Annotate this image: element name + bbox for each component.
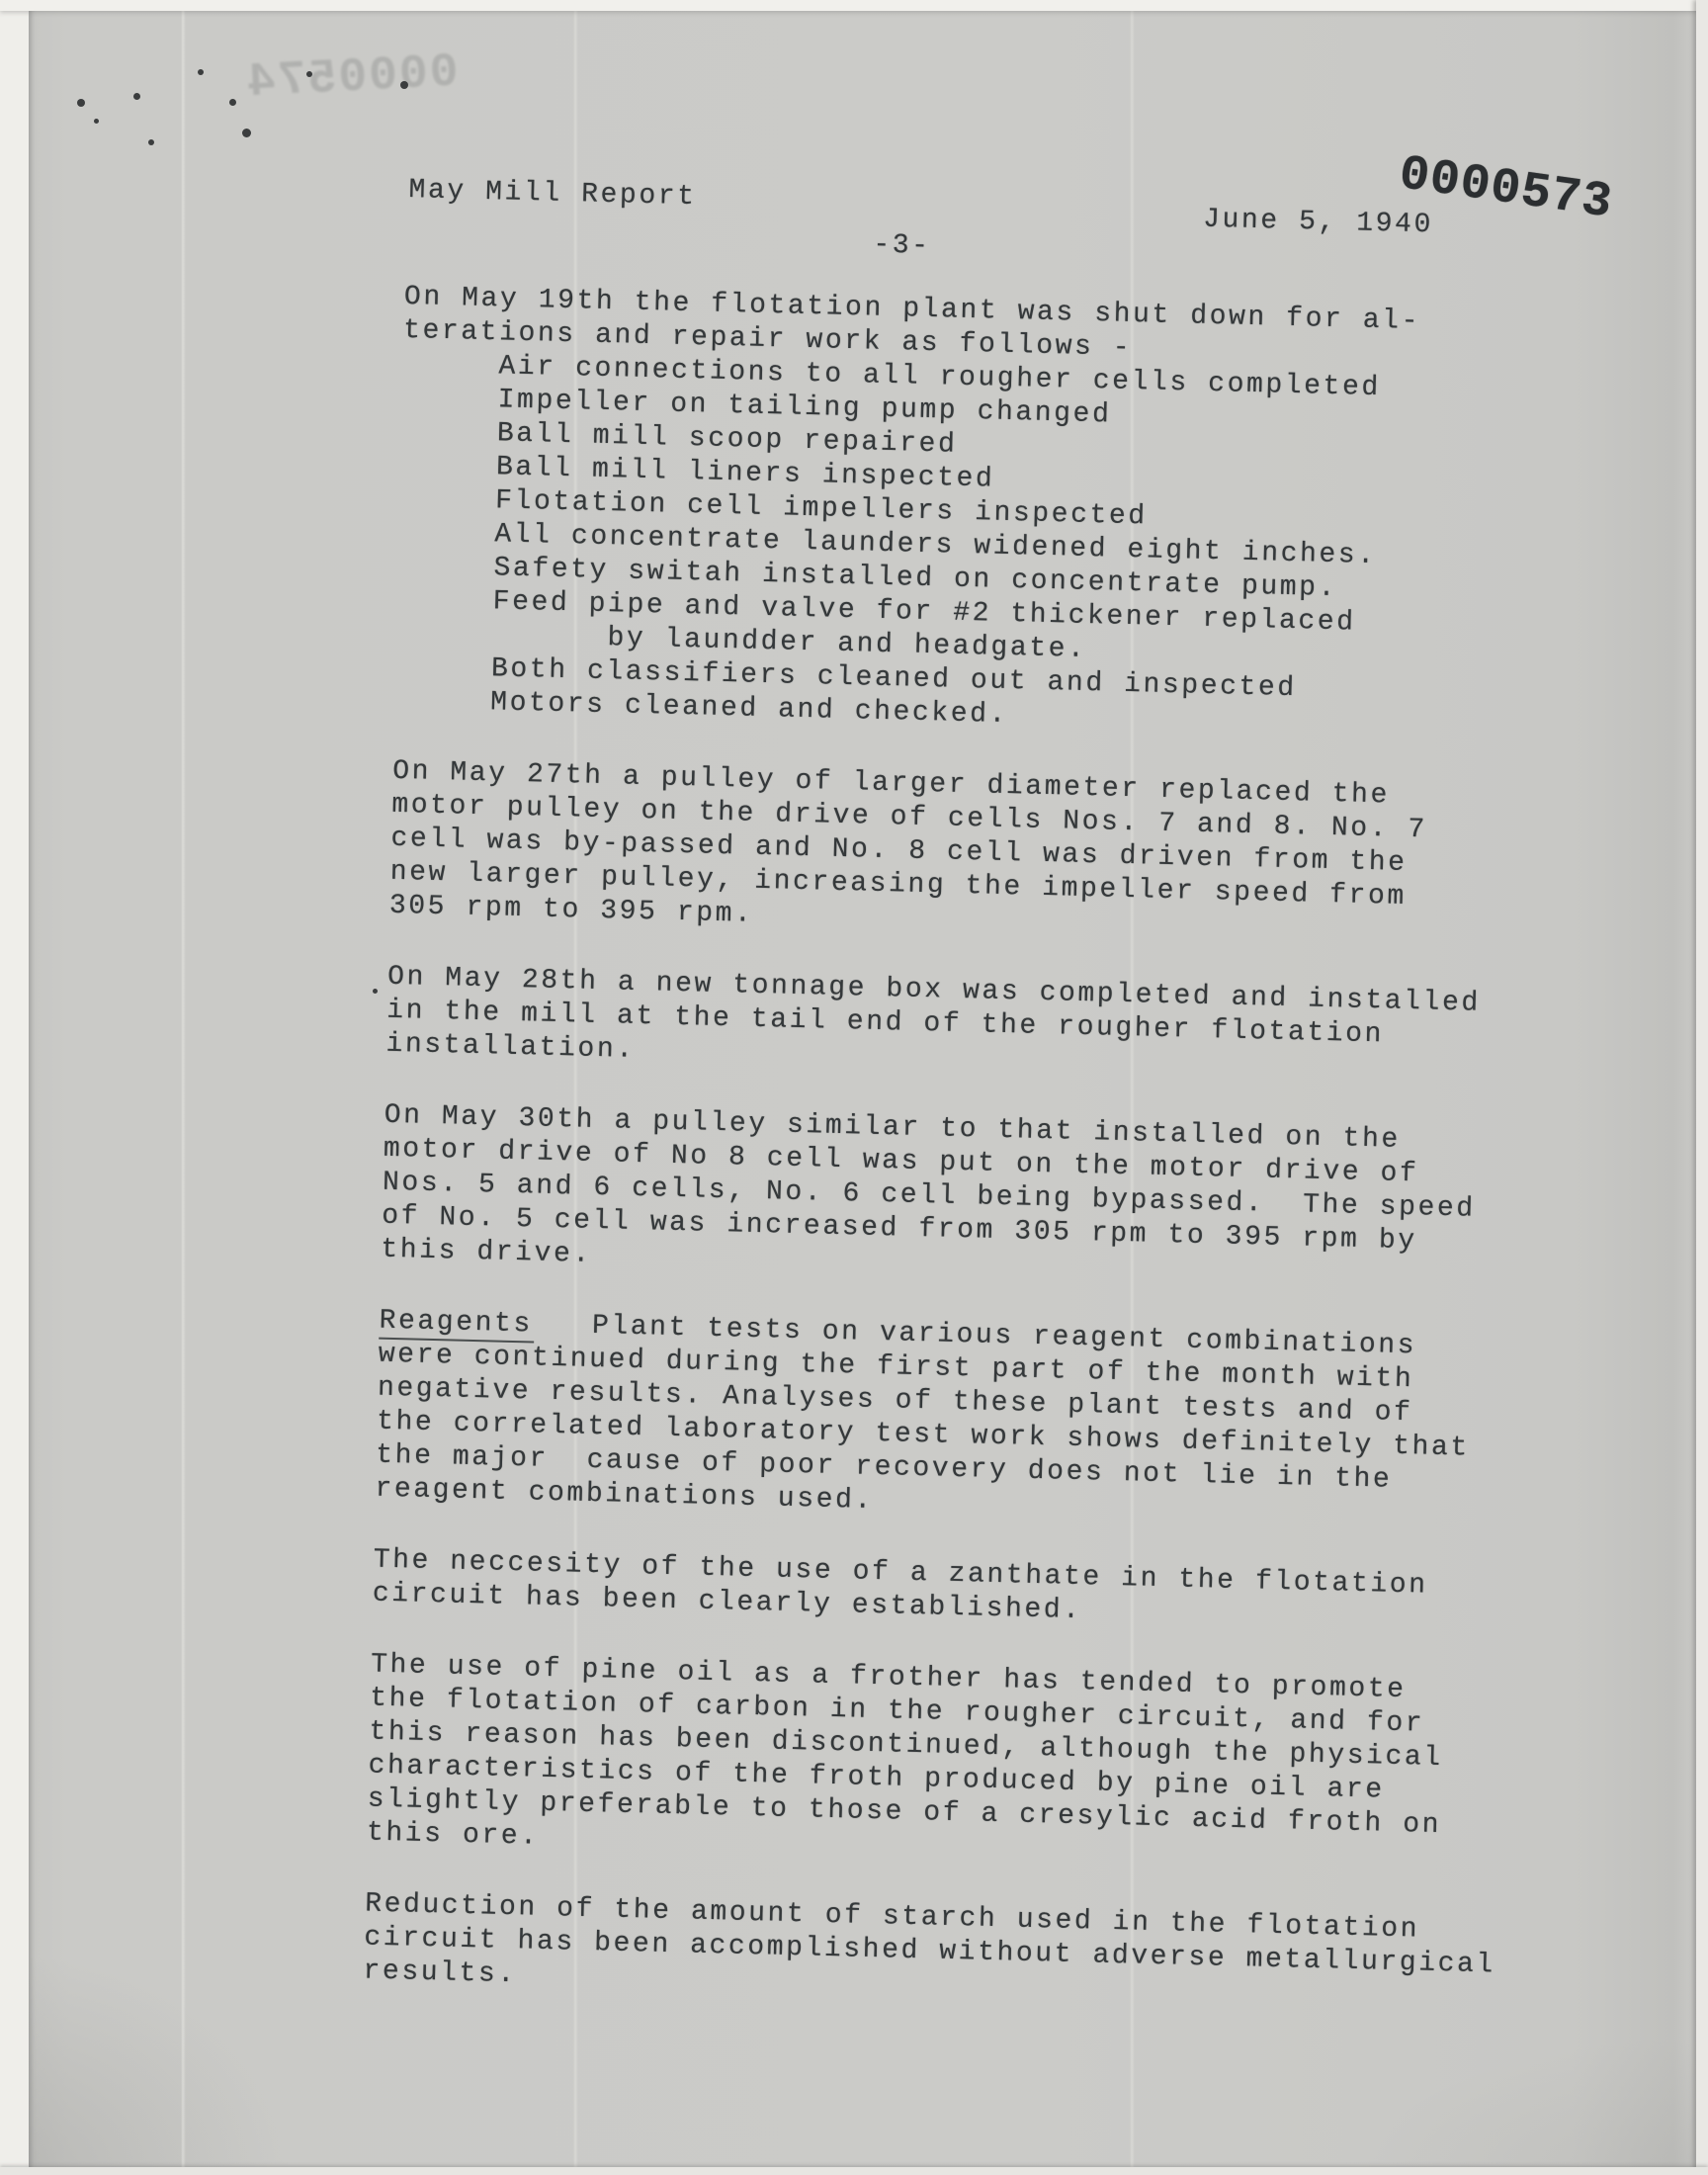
ink-speck [133, 93, 140, 100]
ink-speck [148, 139, 154, 145]
document-date: June 5, 1940 [1203, 204, 1434, 243]
paper-edge-bottom [0, 2167, 1708, 2175]
bleedthrough-stamp: 0000574 [244, 45, 460, 110]
paragraph: On May 28th a new tonnage box was comple… [385, 961, 1569, 1090]
ink-speck [242, 129, 251, 137]
scanned-page: 0000574 0000573 May Mill Report June 5, … [0, 0, 1708, 2175]
paragraph: On May 19th the flotation plant was shut… [394, 281, 1585, 746]
ink-speck [198, 69, 204, 75]
ink-speck [77, 99, 85, 107]
paragraph: The use of pine oil as a frother has ten… [367, 1649, 1553, 1879]
document-title: May Mill Report [408, 174, 697, 215]
document-content: May Mill Report June 5, 1940 -3- On May … [363, 174, 1588, 2018]
paper-edge-top [0, 0, 1708, 11]
paragraph: Reduction of the amount of starch used i… [363, 1887, 1546, 2017]
paper-edge-right [1696, 0, 1708, 2175]
document-body: On May 19th the flotation plant was shut… [363, 281, 1585, 2018]
ink-speck [94, 119, 99, 124]
ink-speck [229, 99, 236, 106]
paragraph: Reagents Plant tests on various reagent … [375, 1305, 1561, 1535]
paragraph: On May 27th a pulley of larger diameter … [388, 755, 1574, 952]
paragraph: On May 30th a pulley similar to that ins… [381, 1099, 1566, 1296]
ink-speck [373, 989, 378, 994]
paragraph: The neccesity of the use of a zanthate i… [372, 1544, 1554, 1640]
reagents-heading: Reagents [379, 1306, 535, 1344]
paper-edge-left [0, 0, 29, 2175]
